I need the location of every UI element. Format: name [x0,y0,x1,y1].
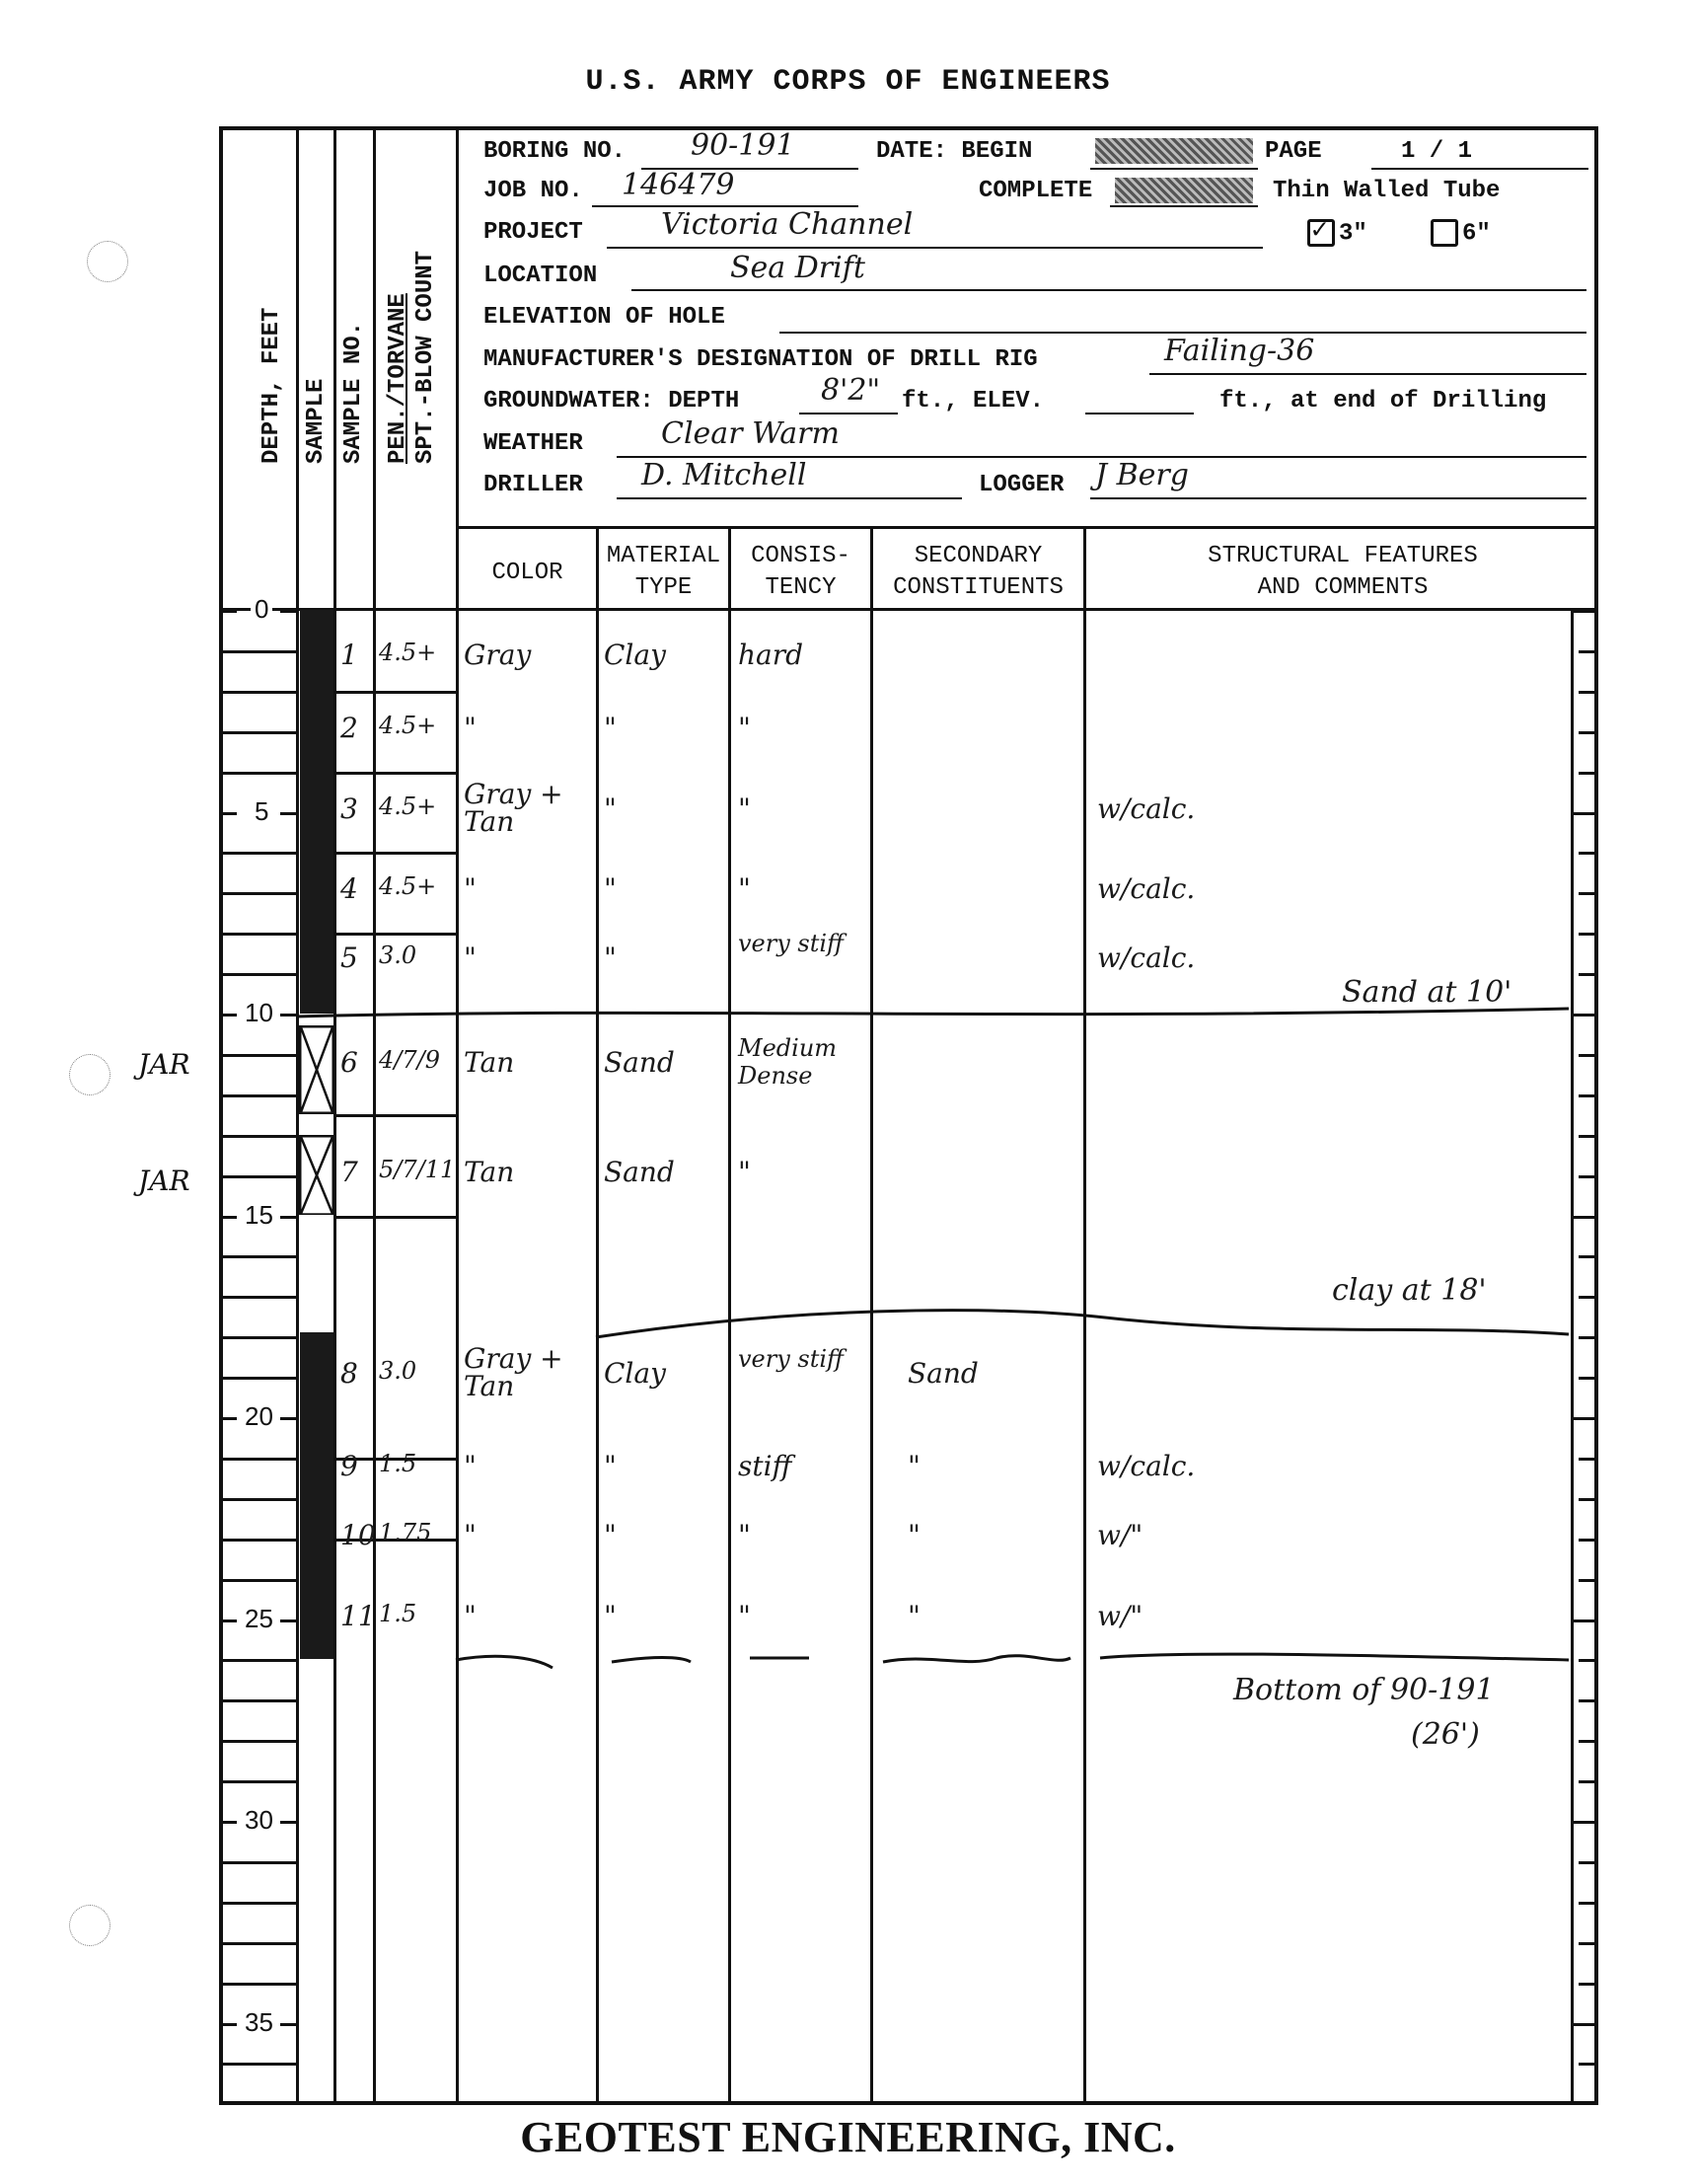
annotation-bottom-depth: (26') [1411,1717,1480,1752]
punch-hole-bottom [69,1905,111,1946]
stratum-boundaries [0,0,1696,2184]
annotation-clay-at-18: clay at 18' [1332,1273,1487,1308]
annotation-sand-at-10: Sand at 10' [1342,975,1512,1010]
margin-note-jar-2: JAR [138,1165,190,1197]
annotation-bottom-of-boring: Bottom of 90-191 [1233,1673,1495,1707]
margin-note-jar-1: JAR [138,1048,190,1081]
punch-hole-middle [69,1054,111,1095]
punch-hole-top [87,241,128,282]
company-footer: GEOTEST ENGINEERING, INC. [0,2112,1696,2162]
